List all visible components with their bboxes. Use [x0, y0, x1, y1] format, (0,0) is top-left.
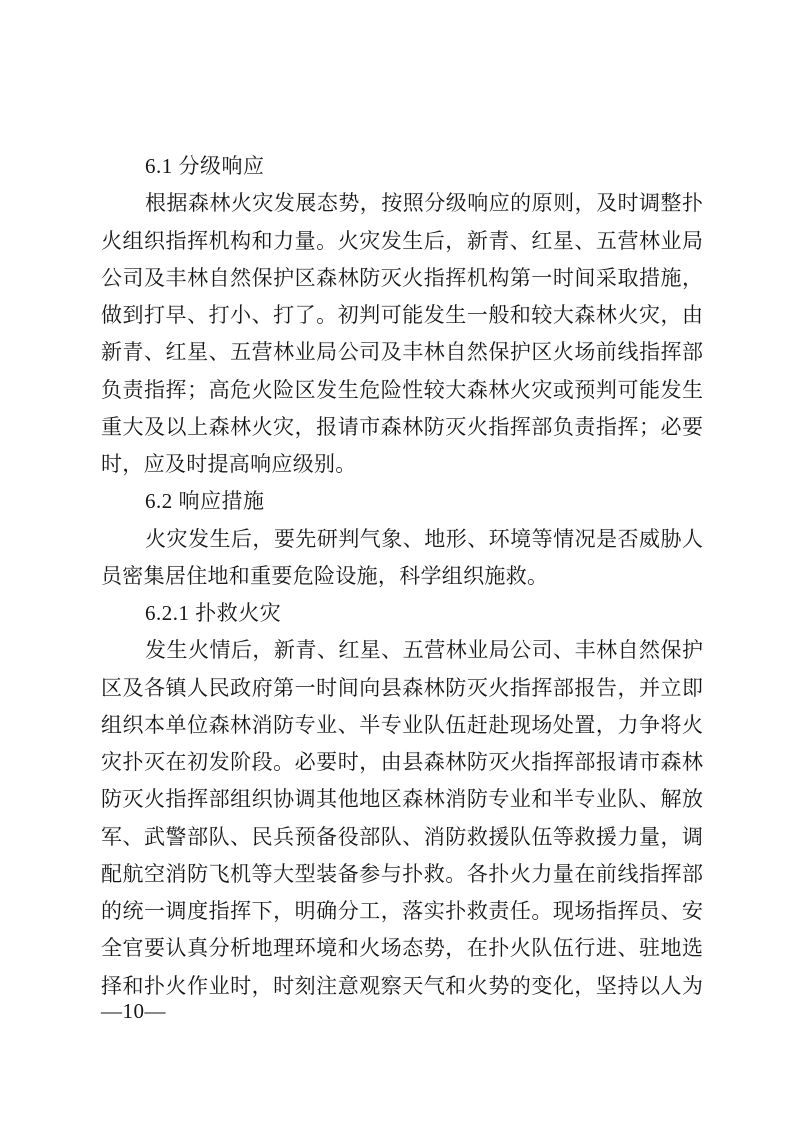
text-line: 员密集居住地和重要危险设施，科学组织施救。 — [101, 558, 703, 595]
text-line: 做到打早、打小、打了。初判可能发生一般和较大森林火灾，由 — [101, 297, 703, 334]
text-line: 的统一调度指挥下，明确分工，落实扑救责任。现场指挥员、安 — [101, 893, 703, 930]
page-number: —10— — [101, 999, 166, 1023]
text-line: 区及各镇人民政府第一时间向县森林防灭火指挥部报告，并立即 — [101, 670, 703, 707]
text-line: 火灾发生后，要先研判气象、地形、环境等情况是否威胁人 — [101, 521, 703, 558]
text-line: 新青、红星、五营林业局公司及丰林自然保护区火场前线指挥部 — [101, 334, 703, 371]
section-heading-6-2-1: 6.2.1 扑救火灾 — [101, 595, 703, 632]
text-line: 军、武警部队、民兵预备役部队、消防救援队伍等救援力量，调 — [101, 819, 703, 856]
text-line: 发生火情后，新青、红星、五营林业局公司、丰林自然保护 — [101, 632, 703, 669]
text-line: 配航空消防飞机等大型装备参与扑救。各扑火力量在前线指挥部 — [101, 856, 703, 893]
section-heading-6-1: 6.1 分级响应 — [101, 148, 703, 185]
text-line: 组织本单位森林消防专业、半专业队伍赶赴现场处置，力争将火 — [101, 707, 703, 744]
document-content: 6.1 分级响应 根据森林火灾发展态势，按照分级响应的原则，及时调整扑 火组织指… — [101, 148, 703, 1005]
text-line: 火组织指挥机构和力量。火灾发生后，新青、红星、五营林业局 — [101, 223, 703, 260]
section-heading-6-2: 6.2 响应措施 — [101, 483, 703, 520]
text-line: 全官要认真分析地理环境和火场态势，在扑火队伍行进、驻地选 — [101, 930, 703, 967]
text-line: 重大及以上森林火灾，报请市森林防灭火指挥部负责指挥；必要 — [101, 409, 703, 446]
text-line: 根据森林火灾发展态势，按照分级响应的原则，及时调整扑 — [101, 185, 703, 222]
text-line: 择和扑火作业时，时刻注意观察天气和火势的变化，坚持以人为 — [101, 968, 703, 1005]
text-line: 灾扑灭在初发阶段。必要时，由县森林防灭火指挥部报请市森林 — [101, 744, 703, 781]
text-line: 防灭火指挥部组织协调其他地区森林消防专业和半专业队、解放 — [101, 781, 703, 818]
text-line: 负责指挥；高危火险区发生危险性较大森林火灾或预判可能发生 — [101, 372, 703, 409]
text-line: 公司及丰林自然保护区森林防灭火指挥机构第一时间采取措施， — [101, 260, 703, 297]
text-line: 时，应及时提高响应级别。 — [101, 446, 703, 483]
document-page: 6.1 分级响应 根据森林火灾发展态势，按照分级响应的原则，及时调整扑 火组织指… — [0, 0, 793, 1122]
